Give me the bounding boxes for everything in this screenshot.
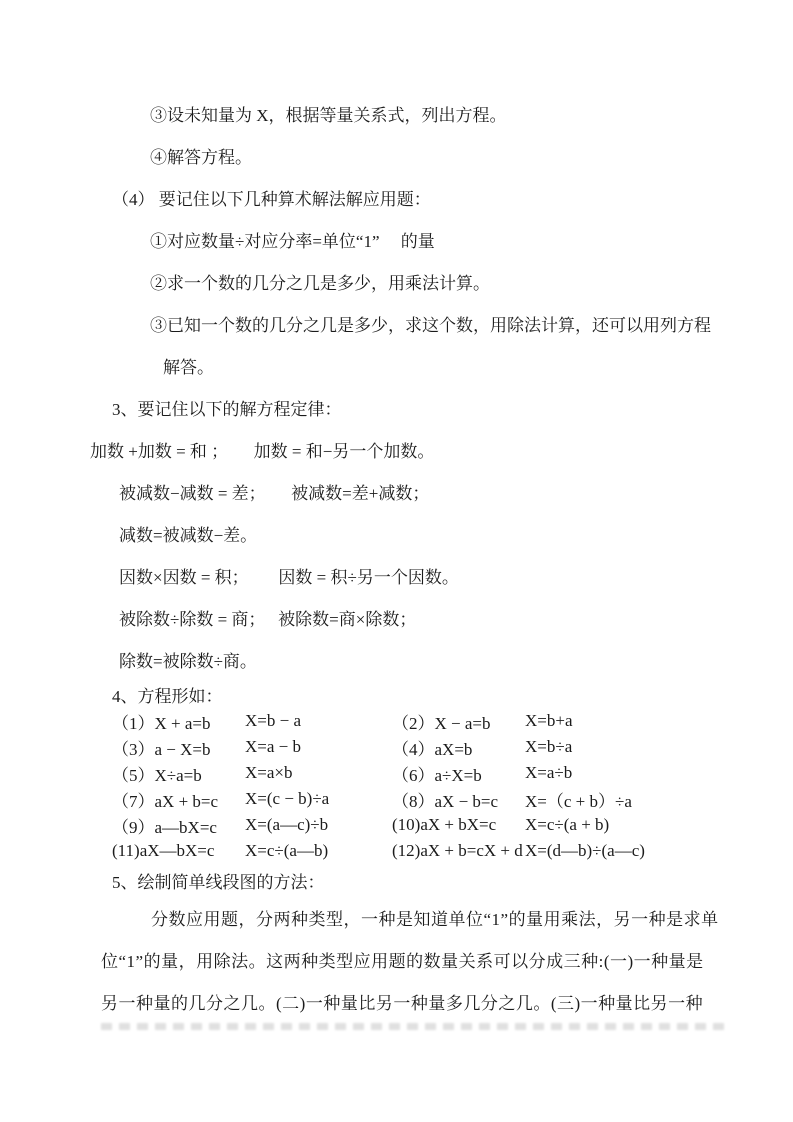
equation-cell: （9）a—bX=c [112,813,245,838]
law-line-division-1: 被除数÷除数 = 商； 被除数=商×除数； [0,596,793,638]
equation-cell: X=（c + b）÷a [525,787,793,812]
diagram-header: 5、绘制简单线段图的方法： [0,864,793,896]
arith-item-3: ③已知一个数的几分之几是多少，求这个数，用除法计算，还可以用列方程 [0,302,793,344]
step-line-3: ③设未知量为 X，根据等量关系式，列出方程。 [0,92,793,134]
equation-cell: X=c÷(a + b) [525,815,793,835]
step-line-4: ④解答方程。 [0,134,793,176]
equation-cell: X=a − b [245,737,392,757]
equation-row-5: （9）a—bX=c X=(a—c)÷b (10)aX + bX=c X=c÷(a… [0,812,793,838]
law-line-division-2: 除数=被除数÷商。 [0,638,793,680]
forms-header: 4、方程形如： [0,680,793,708]
equation-cell: (11)aX—bX=c [112,841,245,861]
equation-cell: （3）a − X=b [112,735,245,760]
equation-cell: (12)aX + b=cX + d [392,841,525,861]
equation-cell: （8）aX − b=c [392,787,525,812]
equation-cell: X=a×b [245,763,392,783]
arith-item-2: ②求一个数的几分之几是多少，用乘法计算。 [0,260,793,302]
equation-row-1: （1）X + a=b X=b − a （2）X − a=b X=b+a [0,708,793,734]
equation-cell: X=(c − b)÷a [245,789,392,809]
equation-row-6: (11)aX—bX=c X=c÷(a—b) (12)aX + b=cX + d … [0,838,793,864]
arith-item-1: ①对应数量÷对应分率=单位“1” 的量 [0,218,793,260]
equation-cell: （1）X + a=b [112,709,245,734]
equation-cell: X=c÷(a—b) [245,841,392,861]
equation-cell: X=b − a [245,711,392,731]
equation-row-4: （7）aX + b=c X=(c − b)÷a （8）aX − b=c X=（c… [0,786,793,812]
equation-cell: X=(a—c)÷b [245,815,392,835]
equation-cell: （4）aX=b [392,735,525,760]
equation-cell: （6）a÷X=b [392,761,525,786]
equation-cell: X=b+a [525,711,793,731]
equation-cell: X=b÷a [525,737,793,757]
law-line-addition: 加数 +加数 = 和 ； 加数 = 和−另一个加数。 [0,428,793,470]
law-line-multiplication: 因数×因数 = 积； 因数 = 积÷另一个因数。 [0,554,793,596]
paragraph-line-2: 位“1”的量，用除法。这两种类型应用题的数量关系可以分成三种:(一)一种量是 [0,938,793,980]
paragraph-line-1: 分数应用题，分两种类型，一种是知道单位“1”的量用乘法，另一种是求单 [0,896,793,938]
equation-cell: （5）X÷a=b [112,761,245,786]
equation-cell: X=a÷b [525,763,793,783]
equation-cell: (10)aX + bX=c [392,815,525,835]
equation-cell: （7）aX + b=c [112,787,245,812]
equation-cell: （2）X − a=b [392,709,525,734]
equation-row-2: （3）a − X=b X=a − b （4）aX=b X=b÷a [0,734,793,760]
laws-header: 3、要记住以下的解方程定律： [0,386,793,428]
paragraph-line-3: 另一种量的几分之几。(二)一种量比另一种量多几分之几。(三)一种量比另一种 [0,980,793,1022]
doc-page: ③设未知量为 X，根据等量关系式，列出方程。 ④解答方程。 （4） 要记住以下几… [0,0,793,1122]
law-line-subtraction-2: 减数=被减数−差。 [0,512,793,554]
law-line-subtraction-1: 被减数−减数 = 差； 被减数=差+减数； [0,470,793,512]
equation-cell: X=(d—b)÷(a—c) [525,841,793,861]
equation-row-3: （5）X÷a=b X=a×b （6）a÷X=b X=a÷b [0,760,793,786]
cutoff-text-remnant [101,1023,731,1030]
arith-item-3-wrap: 解答。 [0,344,793,386]
arith-header: （4） 要记住以下几种算术解法解应用题： [0,176,793,218]
